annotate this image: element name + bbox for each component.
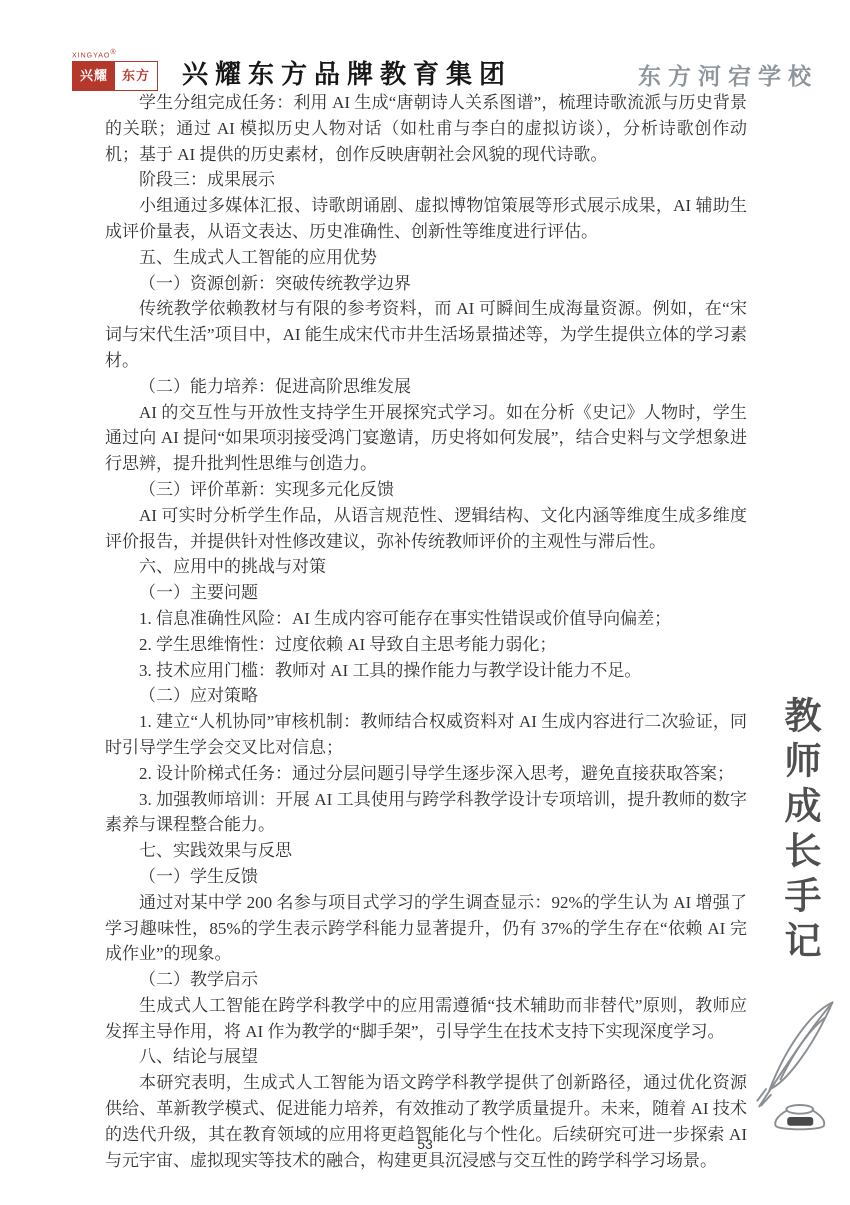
paragraph: 2. 设计阶梯式任务：通过分层问题引导学生逐步深入思考，避免直接获取答案；	[105, 761, 747, 787]
vertical-calligraphy-title: 教师成长手记	[776, 696, 820, 966]
paragraph: 1. 信息准确性风险：AI 生成内容可能存在事实性错误或价值导向偏差；	[105, 606, 747, 632]
paragraph: 通过对某中学 200 名参与项目式学习的学生调查显示：92%的学生认为 AI 增…	[105, 890, 747, 967]
paragraph: 学生分组完成任务：利用 AI 生成“唐朝诗人关系图谱”，梳理诗歌流派与历史背景的…	[105, 90, 747, 167]
seal-icon: 兴耀 东方	[72, 61, 158, 91]
document-page: XINGYAO® 兴耀 东方 兴耀东方品牌教育集团 东方河宕学校 学生分组完成任…	[0, 0, 850, 1205]
document-body: 学生分组完成任务：利用 AI 生成“唐朝诗人关系图谱”，梳理诗歌流派与历史背景的…	[105, 90, 747, 1173]
organization-title: 兴耀东方品牌教育集团	[182, 54, 512, 91]
paragraph: （二）能力培养：促进高阶思维发展	[105, 374, 747, 400]
paragraph: 传统教学依赖教材与有限的参考资料，而 AI 可瞬间生成海量资源。例如，在“宋词与…	[105, 296, 747, 373]
paragraph: （三）评价革新：实现多元化反馈	[105, 477, 747, 503]
paragraph: AI 可实时分析学生作品，从语言规范性、逻辑结构、文化内涵等维度生成多维度评价报…	[105, 503, 747, 555]
paragraph: （二）教学启示	[105, 967, 747, 993]
paragraph: 2. 学生思维惰性：过度依赖 AI 导致自主思考能力弱化；	[105, 632, 747, 658]
paragraph: 八、结论与展望	[105, 1044, 747, 1070]
quill-and-inkwell-icon	[740, 992, 846, 1138]
page-number: 53	[0, 1136, 850, 1152]
paragraph: （二）应对策略	[105, 683, 747, 709]
paragraph: （一）主要问题	[105, 580, 747, 606]
paragraph: 六、应用中的挑战与对策	[105, 554, 747, 580]
paragraph: 五、生成式人工智能的应用优势	[105, 245, 747, 271]
paragraph: 生成式人工智能在跨学科教学中的应用需遵循“技术辅助而非替代”原则，教师应发挥主导…	[105, 993, 747, 1045]
paragraph: 阶段三：成果展示	[105, 167, 747, 193]
paragraph: （一）资源创新：突破传统教学边界	[105, 271, 747, 297]
logo-small-text: XINGYAO®	[72, 48, 172, 60]
paragraph: 七、实践效果与反思	[105, 838, 747, 864]
paragraph: 本研究表明，生成式人工智能为语文跨学科教学提供了创新路径，通过优化资源供给、革新…	[105, 1070, 747, 1173]
seal-right-text: 东方	[115, 62, 157, 90]
paragraph: AI 的交互性与开放性支持学生开展探究式学习。如在分析《史记》人物时，学生通过向…	[105, 400, 747, 477]
paragraph: 3. 加强教师培训：开展 AI 工具使用与跨学科教学设计专项培训，提升教师的数字…	[105, 787, 747, 839]
paragraph: 小组通过多媒体汇报、诗歌朗诵剧、虚拟博物馆策展等形式展示成果，AI 辅助生成评价…	[105, 193, 747, 245]
paragraph: （一）学生反馈	[105, 864, 747, 890]
paragraph: 3. 技术应用门槛：教师对 AI 工具的操作能力与教学设计能力不足。	[105, 658, 747, 684]
paragraph: 1. 建立“人机协同”审核机制：教师结合权威资料对 AI 生成内容进行二次验证，…	[105, 709, 747, 761]
brand-seal-logo: XINGYAO® 兴耀 东方	[72, 48, 172, 96]
registered-trademark-icon: ®	[110, 49, 116, 56]
seal-left-text: 兴耀	[73, 62, 115, 90]
school-name: 东方河宕学校	[638, 58, 818, 91]
